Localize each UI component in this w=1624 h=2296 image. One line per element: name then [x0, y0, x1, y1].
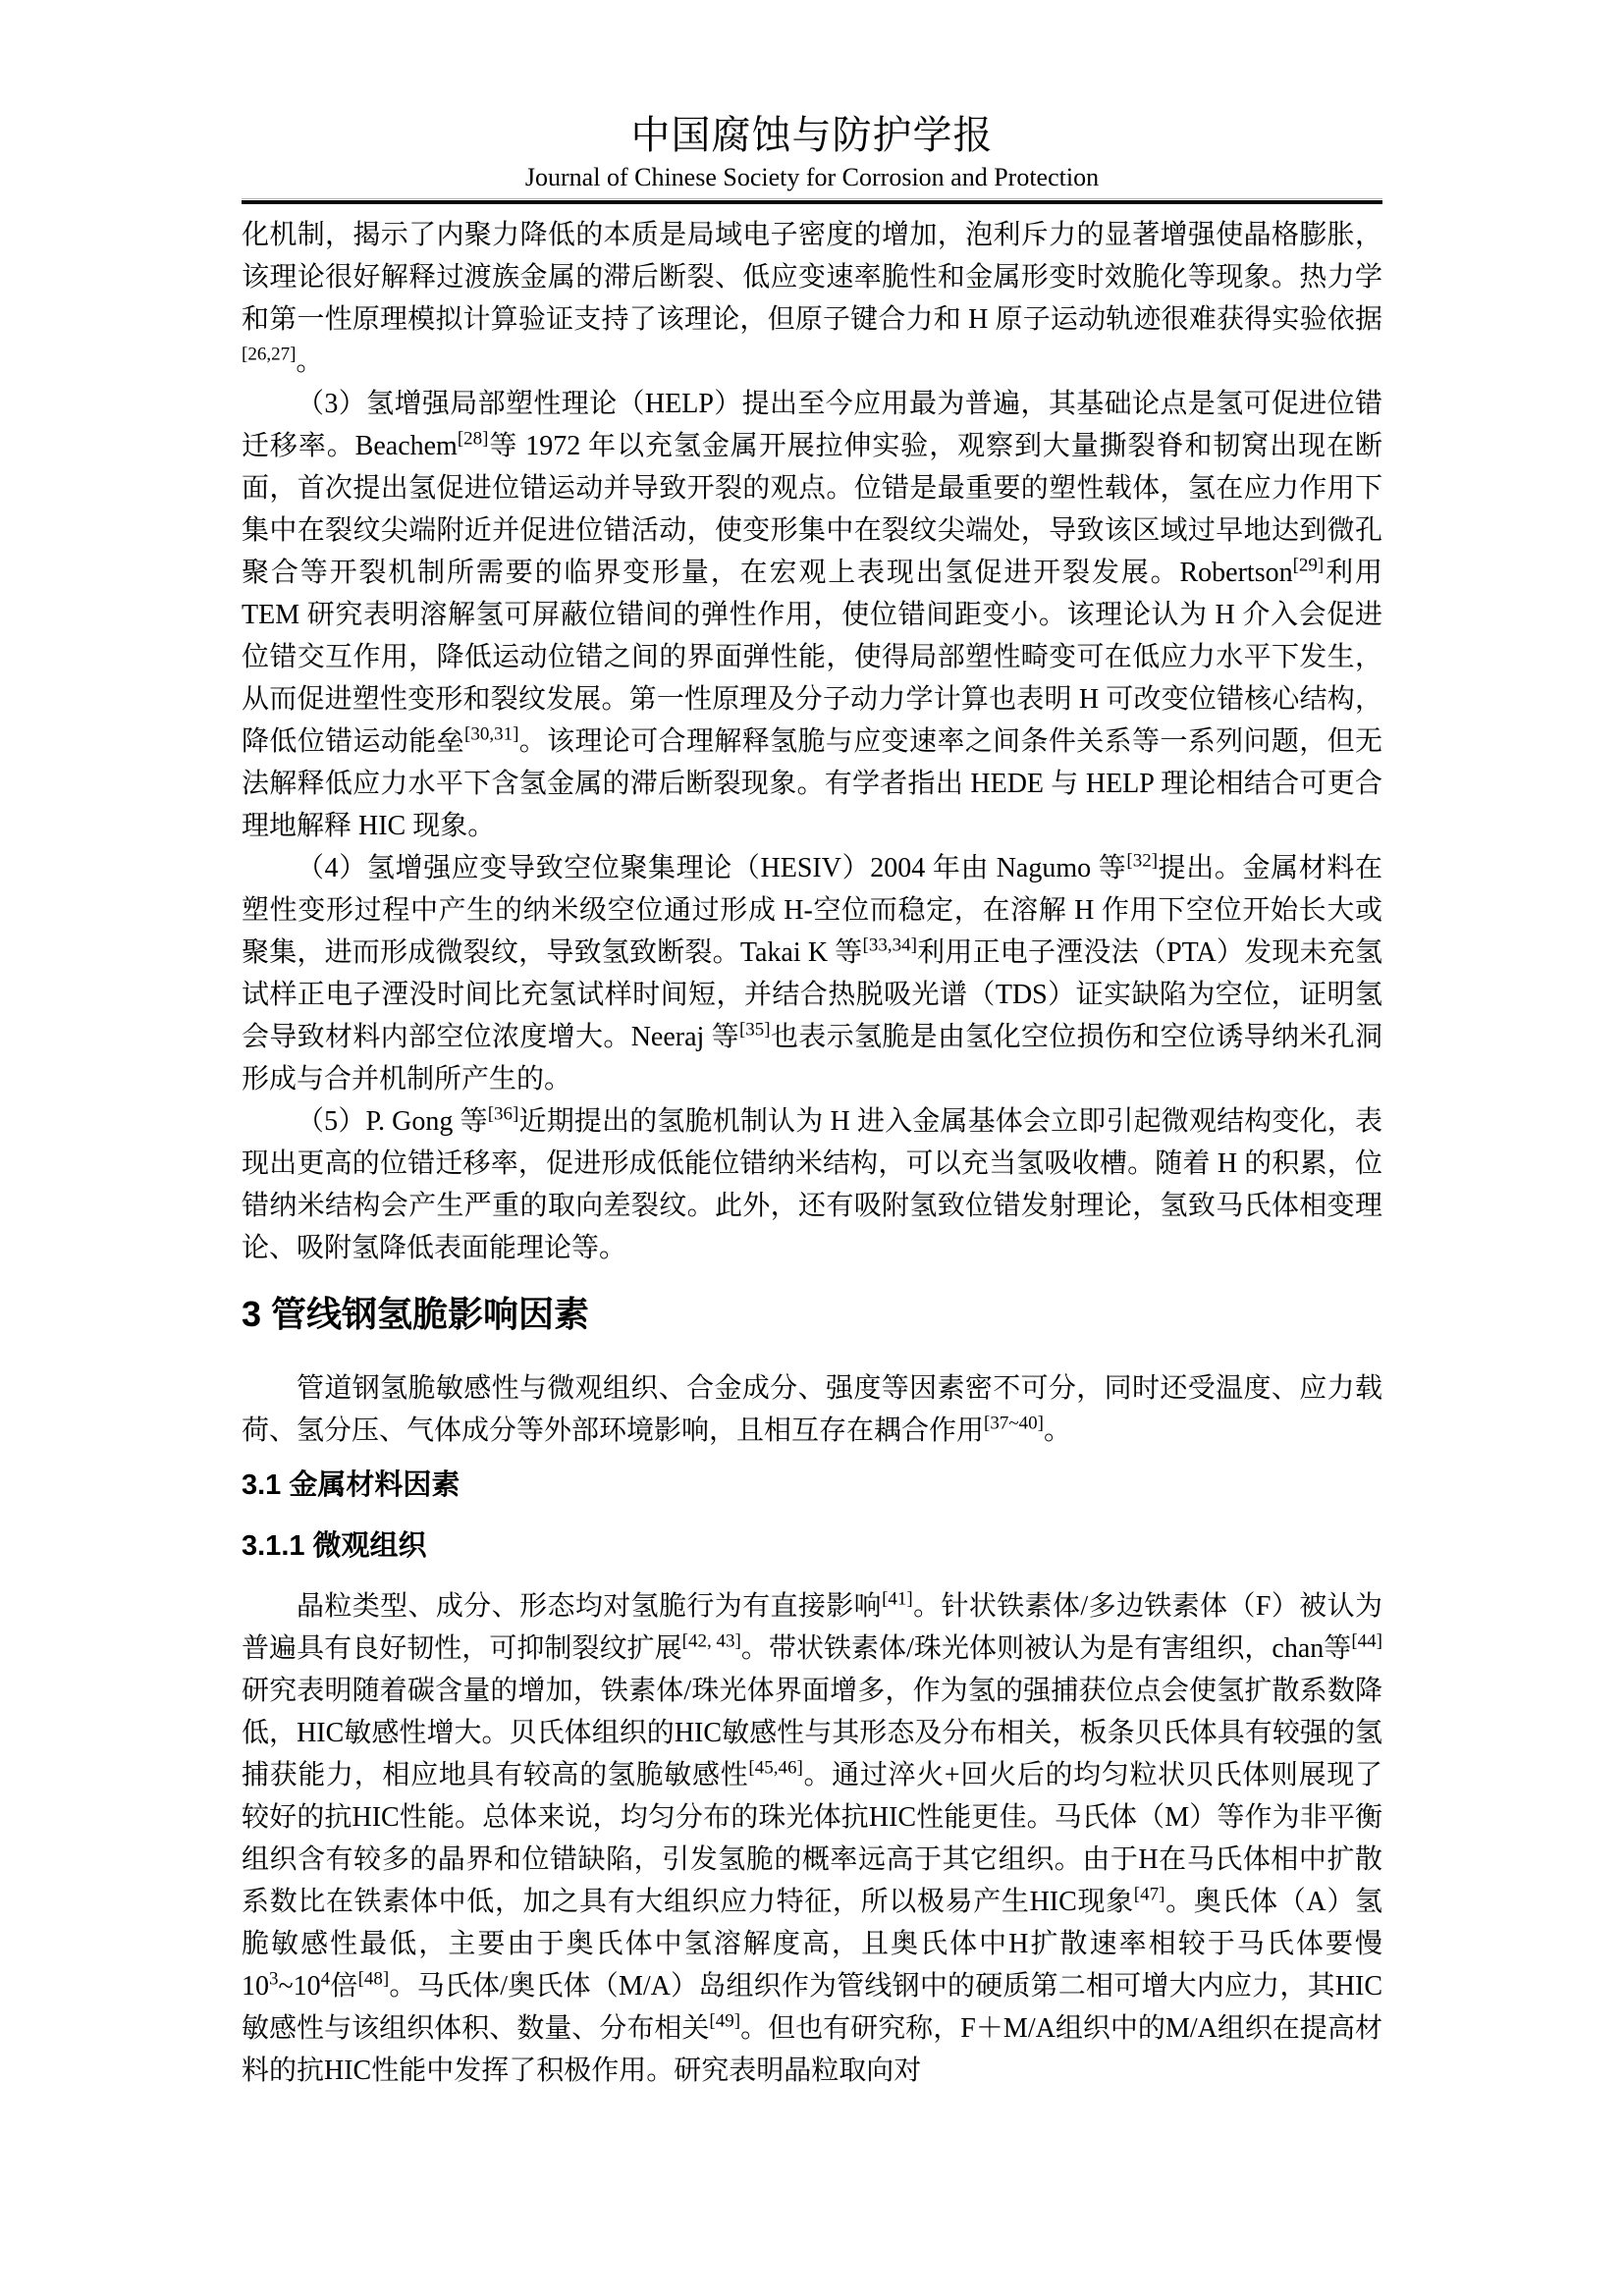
reference-superscript: [41]: [882, 1589, 913, 1610]
article-body: 化机制，揭示了内聚力降低的本质是局域电子密度的增加，泡利斥力的显著增强使晶格膨胀…: [242, 214, 1382, 2092]
reference-superscript: [30,31]: [464, 724, 518, 745]
journal-page: 中国腐蚀与防护学报 Journal of Chinese Society for…: [0, 0, 1624, 2296]
paragraph: 管道钢氢脆敏感性与微观组织、合金成分、强度等因素密不可分，同时还受温度、应力载荷…: [242, 1367, 1382, 1452]
journal-title-en: Journal of Chinese Society for Corrosion…: [242, 161, 1382, 194]
header-rule: [242, 198, 1382, 204]
reference-superscript: 4: [321, 1969, 331, 1990]
header-rule-heavy-line: [242, 200, 1382, 204]
paragraph: （5）P. Gong 等[36]近期提出的氢脆机制认为 H 进入金属基体会立即引…: [242, 1100, 1382, 1269]
header-rule-light-line: [242, 198, 1382, 199]
reference-superscript: [37~40]: [984, 1414, 1044, 1434]
subsection-heading: 3.1 金属材料因素: [242, 1468, 1382, 1503]
paragraph: 化机制，揭示了内聚力降低的本质是局域电子密度的增加，泡利斥力的显著增强使晶格膨胀…: [242, 214, 1382, 383]
reference-superscript: [36]: [488, 1104, 519, 1125]
reference-superscript: [26,27]: [242, 345, 296, 365]
reference-superscript: 3: [269, 1969, 279, 1990]
reference-superscript: [33,34]: [863, 935, 917, 956]
reference-superscript: [32]: [1126, 851, 1158, 872]
reference-superscript: [47]: [1134, 1885, 1165, 1905]
journal-header: 中国腐蚀与防护学报 Journal of Chinese Society for…: [242, 0, 1382, 204]
paragraph: （4）氢增强应变导致空位聚集理论（HESIV）2004 年由 Nagumo 等[…: [242, 847, 1382, 1100]
reference-superscript: [42, 43]: [682, 1631, 741, 1652]
reference-superscript: [29]: [1293, 556, 1325, 576]
section-heading: 3 管线钢氢脆影响因素: [242, 1291, 1382, 1338]
reference-superscript: [28]: [458, 429, 489, 450]
subsubsection-heading: 3.1.1 微观组织: [242, 1528, 1382, 1564]
journal-title-zh: 中国腐蚀与防护学报: [242, 110, 1382, 161]
reference-superscript: [35]: [739, 1020, 771, 1041]
reference-superscript: [44]: [1351, 1631, 1382, 1652]
reference-superscript: [45,46]: [748, 1758, 802, 1779]
reference-superscript: [49]: [709, 2011, 740, 2032]
reference-superscript: [48]: [358, 1969, 390, 1990]
paragraph: （3）氢增强局部塑性理论（HELP）提出至今应用最为普遍，其基础论点是氢可促进位…: [242, 383, 1382, 847]
paragraph: 晶粒类型、成分、形态均对氢脆行为有直接影响[41]。针状铁素体/多边铁素体（F）…: [242, 1585, 1382, 2092]
